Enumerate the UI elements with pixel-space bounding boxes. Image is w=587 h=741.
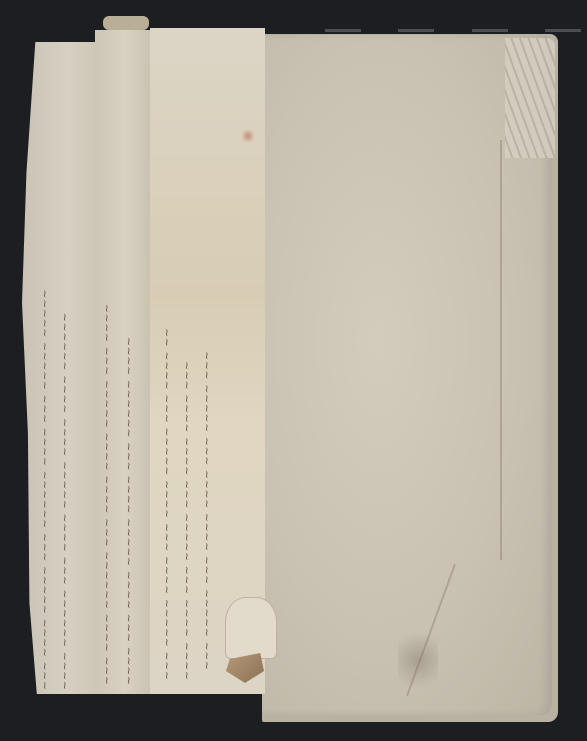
cover-stain [398, 625, 438, 695]
script-line: ~~~~ ~~~~~~ ~~~ ~~~~ ~~~~~ ~~~~ ~~~~ ~~~… [58, 60, 71, 690]
script-line: ~~~ ~~~~~ ~~~ ~~~~ ~~~~ ~~~ ~~~~~ ~~~ [200, 50, 213, 670]
seal-tag [225, 597, 277, 659]
script-line: ~~~ ~~~~ ~~~~~~ ~~~ ~~~~ ~~~~ ~~~~~ ~~~ … [100, 45, 113, 685]
photo-background: ~~~ ~~~~ ~~~~~ ~~~ ~~~~~~ ~~~~ ~~~ ~~~~~… [0, 0, 587, 741]
scale-tick [325, 29, 361, 32]
torn-corner [505, 38, 555, 158]
parchment-tie [103, 16, 149, 30]
red-ink-mark [242, 128, 254, 144]
scale-tick [398, 29, 434, 32]
script-line: ~~~ ~~~~ ~~~~~ ~~~ ~~~~~~ ~~~~ ~~~ ~~~~~… [38, 60, 51, 690]
script-line: ~~~ ~~~~~ ~~~~ ~~~ ~~~~ ~~~~~ ~~~ ~~~~ ~… [160, 40, 173, 680]
script-line: ~~~~ ~~~~ ~~~ ~~~~~ ~~~ ~~~~ ~~~~ ~~~ [180, 40, 193, 680]
cover-crease [500, 140, 502, 560]
script-line: ~~~~ ~~~ ~~~~ ~~~~~ ~~~~ ~~~ ~~~~~~ ~~~~ [122, 45, 135, 685]
scale-ticks [0, 29, 587, 33]
scale-tick [545, 29, 581, 32]
scale-tick [472, 29, 508, 32]
